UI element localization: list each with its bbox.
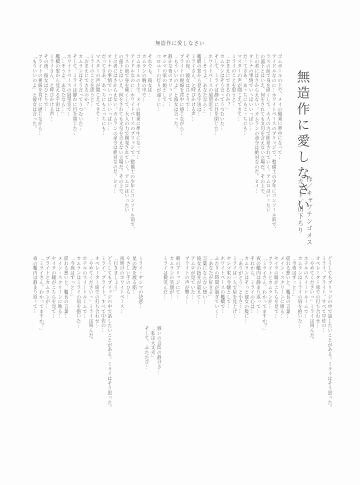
text-column: それでも、彼女は…: [147, 54, 152, 234]
text-column: ブライトの声が響く…: [184, 256, 189, 456]
text-column: どうしてもブリッジの中で話したいことがある。ミライはそう思った。: [327, 256, 332, 456]
text-column: アムロが見ていた…: [190, 256, 195, 456]
text-column: そして、ふたたび…: [144, 326, 149, 446]
text-column: ミライさん、と呼びかける声…: [49, 54, 54, 234]
text-column: セイラの瞳がこちらを見て…: [51, 256, 56, 456]
text-column: それから、ミライの心は…: [250, 256, 255, 456]
text-column: ホワイトベースの展望室で…: [67, 54, 72, 234]
text-column: 静かな夜のブリッジで…: [168, 54, 173, 234]
text-column: どうしてもブリッジの中で話したいことがある。ミライはそう思った。: [107, 256, 112, 456]
text-column: 星の海を渡る船…: [131, 256, 136, 456]
text-column: 上の者にはさからえない。カムランの命令は絶対なのだ。ヒイ…: [113, 54, 118, 234]
text-column: 夜の艦内は静まり返って…: [256, 256, 261, 456]
text-column: 「もういいのよ」と彼女は言った。: [173, 54, 178, 234]
text-column: ブライトとカムランが…: [45, 256, 50, 456]
text-column: 艦橋の窓から見える宇宙は…: [55, 54, 60, 234]
text-column: 「やめてくださいっ」ミライは叫んだ。: [88, 256, 93, 456]
text-column: マスターの声が聞こえてきて…: [95, 54, 100, 234]
text-column: アイドルなのに…ホワイトベースのブリッジで、整備士の少年にコンソール前で、: [130, 54, 135, 234]
text-column: 揺れる想いと、艦長の言葉…: [285, 256, 290, 456]
text-column: カムランはミライの肩を抱いた…: [76, 256, 81, 456]
text-column: カムランの腕の中で…: [141, 54, 146, 234]
text-column: 「ありがとう」と小さく…: [238, 256, 243, 456]
text-column: オペレーター席での打ち合わせ…: [94, 256, 99, 456]
text-column: ホテルのスイートルームで…: [82, 256, 87, 456]
text-column: 揺れる想いと、艦長の言葉…: [63, 256, 68, 456]
text-column: ブライトとカムランが…: [268, 256, 273, 456]
byline-author: 作／キャプテンゴメス: [304, 176, 313, 246]
text-column: 「あなたが好きよ」: [208, 256, 213, 456]
text-column: 彼女の指先が震えて…: [196, 256, 201, 456]
text-column: 「今夜はずっと…」: [291, 256, 296, 456]
text-column: 「今夜はずっと…」: [69, 256, 74, 456]
text-column: ホワイトベースの艦橋で…: [220, 256, 225, 456]
text-column: アイドルなのに…ホワイトベースのブリッジで、整備士の少年にコンソール前で、: [271, 54, 276, 234]
text-column: その夜、彼女はひとりで…: [43, 54, 48, 234]
text-column: ふたりの時間が過ぎていく…: [214, 256, 219, 456]
text-column: ラスの前で身を硬くして、大人の力で開発されていく。アムロはいったい: [124, 54, 129, 234]
text-column: カムランの笑顔が…: [169, 256, 174, 456]
text-column: だってさあ、あっちにもこっちにも…: [243, 54, 248, 234]
text-column: ゴムボールの上で、メイの騎乗に夢中になって…: [136, 54, 141, 234]
text-column: 艦橋の窓から見える宇宙は…: [197, 54, 202, 234]
bottom-body-columns-left: 朝のブリッジにて… カムランの笑顔が… ミライは微笑んだ… 戦いの合間の静けさ……: [32, 256, 180, 456]
text-column: ミライのことを思うと…: [90, 54, 95, 234]
text-column: 夜明けのホワイトベース…: [119, 256, 124, 456]
text-column: の部下とはいえ、何をされても文句を言えない立場だ。その上で、: [118, 54, 123, 234]
text-column: 戦いの合間の静けさ…: [156, 326, 161, 446]
text-column: その夜、彼女はひとりで…: [185, 54, 190, 234]
running-header: 無造作に愛しなさい: [0, 40, 360, 47]
text-column: 「私は大丈夫」: [150, 326, 155, 446]
text-column: メイン・スクリーンに映る…: [57, 256, 62, 456]
text-column: 「ミライさん、わかってますか？」: [262, 256, 267, 456]
text-column: ブライトの視線を背中に感じながら…: [38, 54, 43, 234]
text-column: セイラの瞳がこちらを見て…: [273, 256, 278, 456]
text-column: 「…そうよ、あなたなら…」: [61, 54, 66, 234]
text-column: ミライ・ヤシマの決意…: [138, 256, 143, 456]
text-column: ホワイトベースの展望室で…: [208, 54, 213, 234]
text-column: ミライは微笑んだ…: [162, 256, 167, 456]
text-column: オペレーター席での打ち合わせ…: [315, 256, 320, 456]
text-column: そして、ミライは静かに目を閉じた…: [72, 54, 77, 234]
text-column: 「行きましょう」: [113, 256, 118, 456]
text-column: ミライ。ブライト。すべて中佐の…: [321, 256, 326, 456]
text-column: カムランはそっと彼女の髪に…: [244, 256, 249, 456]
text-column: やさしい手のひら…: [125, 256, 130, 456]
text-column: 「おまえにできるのか？」: [225, 54, 230, 234]
text-column: ホテルのスイートルームで…: [303, 256, 308, 456]
text-column: 上の者にはさからえない。カムランの命令は絶対なのだ。ヒイ…: [254, 54, 259, 234]
text-column: ヤシマ家の令嬢として…: [226, 256, 231, 456]
text-column: 朝のブリッジにて…: [175, 256, 180, 456]
top-body-columns-left: それでも、彼女は… カムランの腕の中で… ゴムボールの上で、メイの騎乗に夢中にな…: [32, 54, 152, 234]
text-column: 「ミライさん、わかってますか？」: [38, 256, 43, 456]
text-column: マスターの声が聞こえてきて…: [237, 54, 242, 234]
text-column: そして、ミライは静かに目を閉じた…: [214, 54, 219, 234]
text-column: 「もういいのよ」と彼女は言った。: [32, 54, 37, 234]
document-page: 無造作に愛しなさい 無造作に愛しなさい 作／キャプテンゴメス カット／山下ろり …: [0, 0, 360, 485]
text-column: ミライ。ブライト。すべて中佐の…: [100, 256, 105, 456]
text-column: オトナの事情でいっぱいいっぱい…: [107, 54, 112, 234]
text-column: 「やめてくださいっ」ミライは叫んだ。: [309, 256, 314, 456]
text-column: 「おまえにできるのか？」: [84, 54, 89, 234]
text-column: ヤシマの家の娘として…: [162, 54, 167, 234]
text-column: ブライトの視線を背中に感じながら…: [179, 54, 184, 234]
text-column: ミライさん、と呼びかける声…: [191, 54, 196, 234]
text-column: カムランはそう言ってうつむいた…: [78, 54, 83, 234]
byline-illustrator: カット／山下ろり: [295, 178, 304, 234]
text-column: コロニーの灯りが遠くに…: [156, 54, 161, 234]
text-column: の部下とはいえ、何をされても文句を言えない立場だ。その上で、: [260, 54, 265, 234]
text-column: カムランはミライの肩を抱いた…: [297, 256, 302, 456]
bottom-body-columns-right: どうしてもブリッジの中で話したいことがある。ミライはそう思った。 ミライ。ブライ…: [184, 256, 332, 456]
text-column: ミライは一人で星を見上げ…: [232, 256, 237, 456]
top-body-columns-right: ゴムボールの上で、メイの騎乗に夢中になって… アイドルなのに…ホワイトベースのブ…: [156, 54, 282, 234]
text-column: ミライのことを思うと…: [231, 54, 236, 234]
text-column: カムランはそう言ってうつむいた…: [220, 54, 225, 234]
text-column: 夜の艦内は静まり返って…: [32, 256, 37, 456]
text-column: メイン・スクリーンに映る…: [279, 256, 284, 456]
text-column: 「…そうよ、あなたなら…」: [202, 54, 207, 234]
text-column: ゴムボールの上で、メイの騎乗に夢中になって…: [277, 54, 282, 234]
text-column: オトナの事情でいっぱいいっぱい…: [248, 54, 253, 234]
text-column: ラスの前で身を硬くして、大人の力で開発されていく。アムロはいったい: [266, 54, 271, 234]
text-column: だってさあ、あっちにもこっちにも…: [101, 54, 106, 234]
text-column: 言葉にならない想い…: [202, 256, 207, 456]
